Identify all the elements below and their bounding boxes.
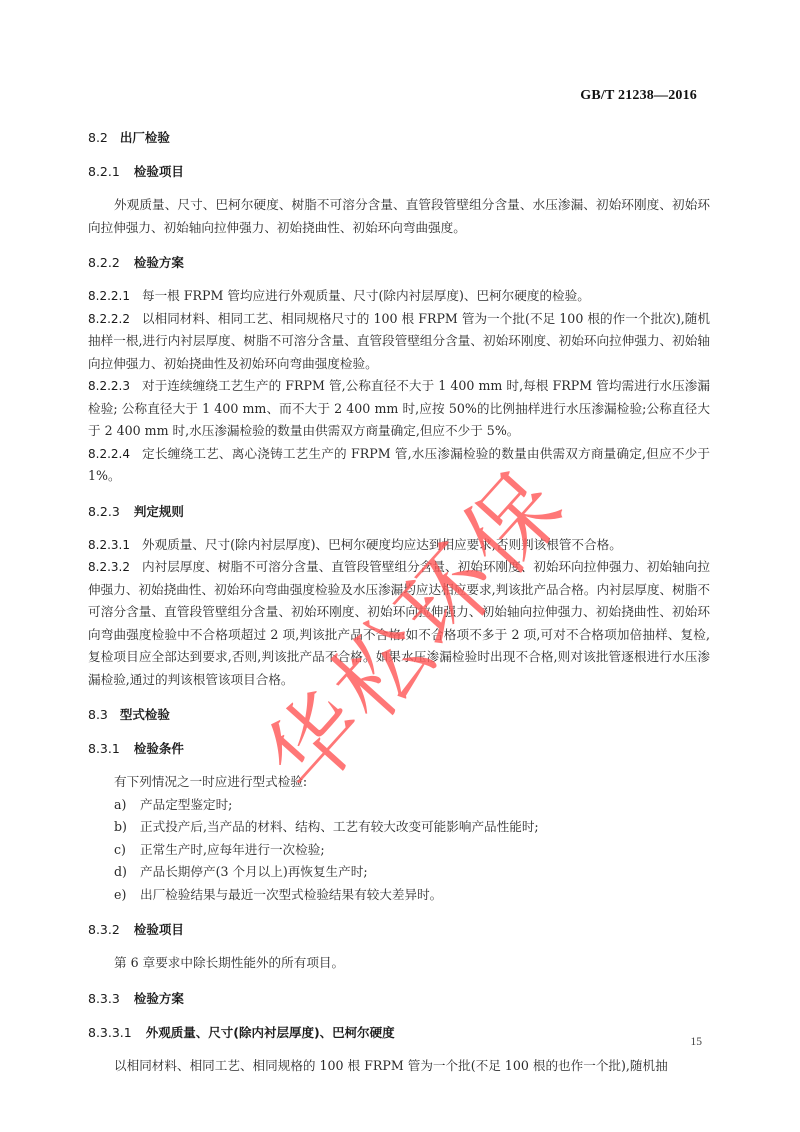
section-heading-8-3: 8.3型式检验 — [88, 705, 710, 725]
paragraph-8-2-1: 外观质量、尺寸、巴柯尔硬度、树脂不可溶分含量、直管段管壁组分含量、水压渗漏、初始… — [88, 194, 710, 239]
list-item-text: 产品定型鉴定时; — [140, 797, 232, 812]
section-heading-8-3-3: 8.3.3检验方案 — [88, 989, 710, 1009]
section-heading-8-3-2: 8.3.2检验项目 — [88, 920, 710, 940]
list-item: d)产品长期停产(3 个月以上)再恢复生产时; — [88, 861, 710, 884]
clause-text: 外观质量、尺寸(除内衬层厚度)、巴柯尔硬度均应达到相应要求,否则判该根管不合格。 — [142, 537, 622, 552]
clause-8-2-2-2: 8.2.2.2以相同材料、相同工艺、相同规格尺寸的 100 根 FRPM 管为一… — [88, 308, 710, 376]
list-marker: b) — [114, 816, 140, 839]
section-heading-8-2-2: 8.2.2检验方案 — [88, 253, 710, 273]
clause-8-2-3-1: 8.2.3.1外观质量、尺寸(除内衬层厚度)、巴柯尔硬度均应达到相应要求,否则判… — [88, 534, 710, 557]
list-item-text: 正常生产时,应每年进行一次检验; — [140, 842, 325, 857]
section-title: 外观质量、尺寸(除内衬层厚度)、巴柯尔硬度 — [146, 1025, 395, 1040]
clause-number: 8.2.3.1 — [88, 538, 130, 552]
section-number: 8.3.1 — [88, 741, 120, 756]
clause-8-2-2-3: 8.2.2.3对于连续缠绕工艺生产的 FRPM 管,公称直径不大于 1 400 … — [88, 375, 710, 443]
clause-number: 8.2.3.2 — [88, 560, 130, 574]
clause-number: 8.2.2.3 — [88, 379, 130, 393]
clause-8-2-2-1: 8.2.2.1每一根 FRPM 管均应进行外观质量、尺寸(除内衬层厚度)、巴柯尔… — [88, 285, 710, 308]
clause-number: 8.2.2.1 — [88, 289, 130, 303]
clause-8-2-3-2: 8.2.3.2内衬层厚度、树脂不可溶分含量、直管段管壁组分含量、初始环刚度、初始… — [88, 556, 710, 691]
section-number: 8.3.3 — [88, 991, 120, 1006]
section-heading-8-2-1: 8.2.1检验项目 — [88, 162, 710, 182]
section-title: 检验项目 — [134, 922, 184, 937]
clause-text: 内衬层厚度、树脂不可溶分含量、直管段管壁组分含量、初始环刚度、初始环向拉伸强力、… — [88, 559, 710, 687]
section-number: 8.3.3.1 — [88, 1025, 132, 1040]
section-heading-8-3-1: 8.3.1检验条件 — [88, 739, 710, 759]
list-item-text: 正式投产后,当产品的材料、结构、工艺有较大改变可能影响产品性能时; — [140, 819, 539, 834]
list-marker: c) — [114, 839, 140, 862]
list-marker: a) — [114, 794, 140, 817]
paragraph-8-3-1-intro: 有下列情况之一时应进行型式检验: — [88, 771, 710, 794]
document-page: GB/T 21238—2016 8.2出厂检验 8.2.1检验项目 外观质量、尺… — [0, 0, 800, 1132]
clause-number: 8.2.2.4 — [88, 447, 130, 461]
clause-text: 以相同材料、相同工艺、相同规格尺寸的 100 根 FRPM 管为一个批(不足 1… — [88, 311, 710, 371]
list-marker: d) — [114, 861, 140, 884]
section-number: 8.3 — [88, 707, 108, 722]
section-heading-8-2: 8.2出厂检验 — [88, 128, 710, 148]
clause-8-2-2-4: 8.2.2.4定长缠绕工艺、离心浇铸工艺生产的 FRPM 管,水压渗漏检验的数量… — [88, 443, 710, 488]
section-title: 检验项目 — [134, 164, 184, 179]
section-number: 8.2.3 — [88, 504, 120, 519]
condition-list: a)产品定型鉴定时; b)正式投产后,当产品的材料、结构、工艺有较大改变可能影响… — [88, 794, 710, 907]
list-item: e)出厂检验结果与最近一次型式检验结果有较大差异时。 — [88, 884, 710, 907]
paragraph-8-3-3-1: 以相同材料、相同工艺、相同规格的 100 根 FRPM 管为一个批(不足 100… — [88, 1055, 710, 1078]
list-item-text: 产品长期停产(3 个月以上)再恢复生产时; — [140, 864, 368, 879]
section-number: 8.2.2 — [88, 255, 120, 270]
list-item: b)正式投产后,当产品的材料、结构、工艺有较大改变可能影响产品性能时; — [88, 816, 710, 839]
section-title: 型式检验 — [120, 707, 170, 722]
section-title: 判定规则 — [134, 504, 184, 519]
clause-text: 对于连续缠绕工艺生产的 FRPM 管,公称直径不大于 1 400 mm 时,每根… — [88, 378, 710, 438]
list-item: a)产品定型鉴定时; — [88, 794, 710, 817]
clause-text: 每一根 FRPM 管均应进行外观质量、尺寸(除内衬层厚度)、巴柯尔硬度的检验。 — [142, 288, 590, 303]
paragraph-8-3-2: 第 6 章要求中除长期性能外的所有项目。 — [88, 952, 710, 975]
list-item-text: 出厂检验结果与最近一次型式检验结果有较大差异时。 — [140, 887, 442, 902]
section-number: 8.2.1 — [88, 164, 120, 179]
section-title: 检验条件 — [134, 741, 184, 756]
section-number: 8.3.2 — [88, 922, 120, 937]
page-content: 8.2出厂检验 8.2.1检验项目 外观质量、尺寸、巴柯尔硬度、树脂不可溶分含量… — [88, 128, 710, 1077]
list-marker: e) — [114, 884, 140, 907]
section-number: 8.2 — [88, 130, 108, 145]
list-item: c)正常生产时,应每年进行一次检验; — [88, 839, 710, 862]
page-number: 15 — [691, 1036, 703, 1048]
section-heading-8-3-3-1: 8.3.3.1外观质量、尺寸(除内衬层厚度)、巴柯尔硬度 — [88, 1023, 710, 1043]
standard-code: GB/T 21238—2016 — [580, 88, 697, 104]
section-title: 检验方案 — [134, 255, 184, 270]
clause-number: 8.2.2.2 — [88, 312, 130, 326]
section-title: 出厂检验 — [120, 130, 170, 145]
section-heading-8-2-3: 8.2.3判定规则 — [88, 502, 710, 522]
section-title: 检验方案 — [134, 991, 184, 1006]
clause-text: 定长缠绕工艺、离心浇铸工艺生产的 FRPM 管,水压渗漏检验的数量由供需双方商量… — [88, 446, 710, 484]
